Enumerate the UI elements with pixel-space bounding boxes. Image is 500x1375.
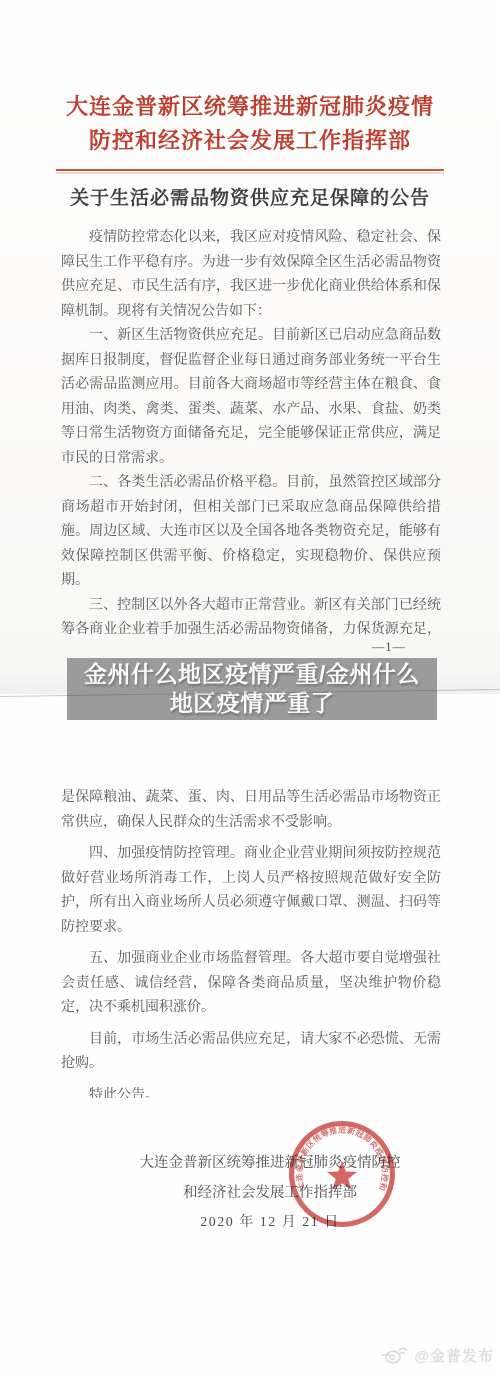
page-number: —1— — [372, 640, 406, 655]
header-divider-line — [56, 169, 444, 171]
paragraph-item1: 一、新区生活物资供应充足。目前新区已启动应急商品数据库日报制度，督促监督企业每日… — [61, 324, 441, 471]
paragraph-closing: 特此公告。 — [61, 1084, 441, 1099]
weibo-logo-icon — [380, 1344, 410, 1366]
paragraph-intro: 疫情防控常态化以来，我区应对疫情风险、稳定社会、保障民生工作平稳有序。为进一步有… — [61, 226, 441, 324]
authority-header-line2: 防控和经济社会发展工作指挥部 — [0, 124, 500, 158]
search-caption-banner: 金州什么地区疫情严重/金州什么地区疫情严重了 — [67, 658, 437, 720]
paragraph-item3-continued: 是保障粮油、蔬菜、蛋、肉、日用品等生活必需品市场物资正常供应，确保人民群众的生活… — [61, 786, 441, 835]
document-photo: 大连金普新区统筹推进新冠肺炎疫情 防控和经济社会发展工作指挥部 关于生活必需品物… — [0, 0, 500, 1375]
search-caption-text: 金州什么地区疫情严重/金州什么地区疫情严重了 — [67, 660, 437, 718]
page2-body-text: 是保障粮油、蔬菜、蛋、肉、日用品等生活必需品市场物资正常供应，确保人民群众的生活… — [61, 786, 441, 1098]
paragraph-item4: 四、加强疫情防控管理。商业企业营业期间须按防控规范做好营业场所消毒工作，上岗人员… — [61, 842, 441, 940]
signature-org-line2: 和经济社会发展工作指挥部 — [70, 1178, 470, 1208]
page1-body-text: 疫情防控常态化以来，我区应对疫情风险、稳定社会、保障民生工作平稳有序。为进一步有… — [61, 226, 441, 638]
paragraph-item2: 二、各类生活必需品价格平稳。目前，虽然管控区域部分商场超市开始封闭，但相关部门已… — [61, 471, 441, 594]
notice-title: 关于生活必需品物资供应充足保障的公告 — [0, 183, 500, 210]
authority-header-line1: 大连金普新区统筹推进新冠肺炎疫情 — [0, 90, 500, 124]
signature-org-line1: 大连金普新区统筹推进新冠肺炎疫情防控 — [70, 1148, 470, 1178]
signature-block: 大连金普新区统筹推进新冠肺炎疫情防控 和经济社会发展工作指挥部 2020 年 1… — [70, 1148, 470, 1238]
paragraph-item3: 三、控制区以外各大超市正常营业。新区有关部门已经统筹各商业企业着手加强生活必需品… — [61, 594, 441, 639]
paragraph-item5: 五、加强商业企业市场监督管理。各大超市要自觉增强社会责任感、诚信经营，保障各类商… — [61, 947, 441, 1021]
seal-star-icon — [327, 1161, 357, 1190]
official-red-seal: 大连金普新区统筹推进新冠肺炎疫情防控和经济社会发展工作指挥部 — [286, 1118, 398, 1230]
signature-date: 2020 年 12 月 21 日 — [70, 1208, 470, 1238]
paragraph-reassurance: 目前，市场生活必需品供应充足，请大家不必恐慌、无需抢购。 — [61, 1028, 441, 1077]
issuing-authority-header: 大连金普新区统筹推进新冠肺炎疫情 防控和经济社会发展工作指挥部 — [0, 90, 500, 158]
watermark-text: @金普发布 — [414, 1345, 494, 1366]
watermark: @金普发布 — [380, 1344, 494, 1366]
